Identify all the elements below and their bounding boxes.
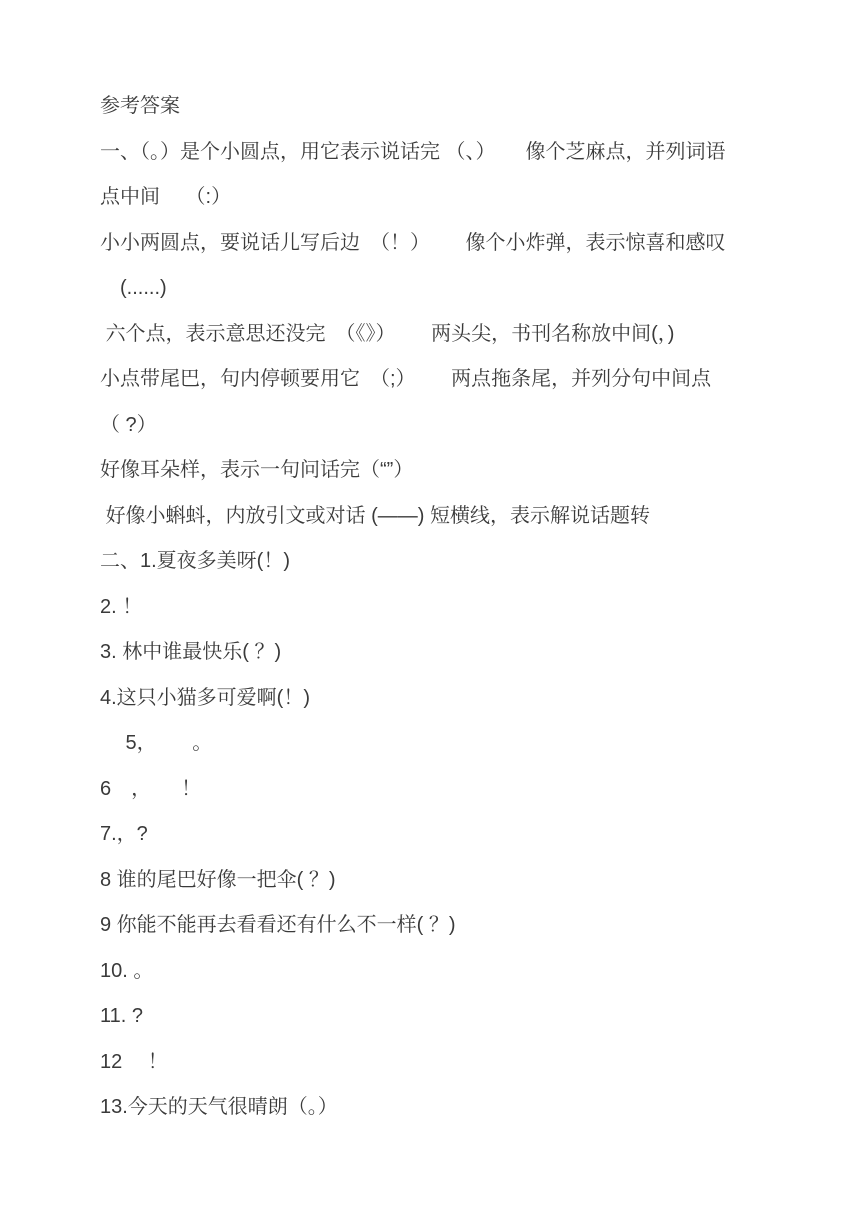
answer-line-section2-q13: 13.今天的天气很晴朗（。）	[100, 1085, 779, 1131]
answer-line-section1-row2: 点中间 （:）	[100, 175, 779, 221]
answer-line-section1-row4: (......)	[100, 266, 779, 312]
answer-line-section2-q2: 2. ！	[100, 585, 779, 631]
answer-line-section2-q1: 二、1.夏夜多美呀(！)	[100, 539, 779, 585]
answer-line-section2-q10: 10. 。	[100, 949, 779, 995]
answer-line-section1-row9: 好像小蝌蚪，内放引文或对话 (——) 短横线，表示解说话题转	[100, 494, 779, 540]
answer-line-section2-q5: 5， 。	[100, 721, 779, 767]
answer-line-section1-row3: 小小两圆点，要说话儿写后边 （！） 像个小炸弹，表示惊喜和感叹	[100, 221, 779, 267]
answer-line-section2-q4: 4.这只小猫多可爱啊(！)	[100, 676, 779, 722]
document-page: 参考答案 一、（。）是个小圆点，用它表示说话完 （、） 像个芝麻点，并列词语 点…	[0, 0, 867, 1226]
answer-line-section2-q11: 11. ?	[100, 994, 779, 1040]
answer-line-section2-q9: 9 你能不能再去看看还有什么不一样( ？)	[100, 903, 779, 949]
answer-line-section1-row1: 一、（。）是个小圆点，用它表示说话完 （、） 像个芝麻点，并列词语	[100, 130, 779, 176]
answer-line-section1-row7: （ ?）	[100, 403, 779, 449]
answer-line-section1-row5: 六个点，表示意思还没完 （《》） 两头尖，书刊名称放中间(，)	[100, 312, 779, 358]
answer-line-section2-q7: 7.，?	[100, 812, 779, 858]
document-title: 参考答案	[100, 84, 779, 130]
answer-line-section2-q8: 8 谁的尾巴好像一把伞( ？)	[100, 858, 779, 904]
answer-line-section2-q3: 3. 林中谁最快乐( ？)	[100, 630, 779, 676]
answer-line-section2-q12: 12 ！	[100, 1040, 779, 1086]
answer-line-section1-row8: 好像耳朵样，表示一句问话完（“”）	[100, 448, 779, 494]
answer-line-section1-row6: 小点带尾巴，句内停顿要用它 （;） 两点拖条尾，并列分句中间点	[100, 357, 779, 403]
answer-line-section2-q6: 6 ， ！	[100, 767, 779, 813]
